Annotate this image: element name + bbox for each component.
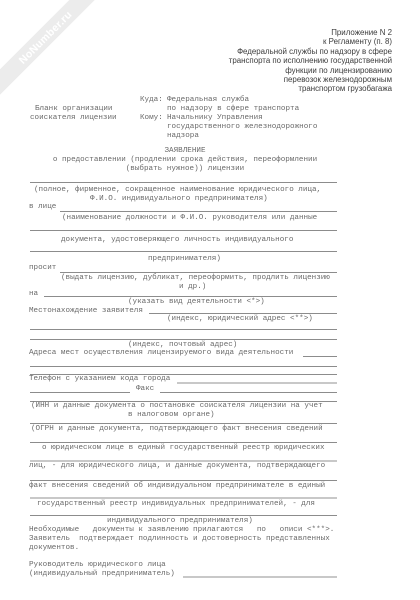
ogrn-hint: индивидуального предпринимателя) [107,517,253,526]
activity-label: на [29,290,38,299]
watermark-text: NoNumber.ru [17,9,75,67]
request-field[interactable] [60,272,337,273]
whom-line: надзора [167,132,199,141]
to-label: Куда: [140,96,163,105]
ogrn-field-2[interactable] [30,442,337,443]
request-hint: (выдать лицензию, дубликат, переоформить… [61,274,330,283]
confirmation-text: документов. [29,544,79,553]
header-line: функции по лицензированию [182,66,392,75]
appendix-header: Приложение N 2 к Регламенту (п. 8) Федер… [182,28,392,94]
in-person-field-3[interactable] [30,251,337,252]
ogrn-field-6[interactable] [30,515,337,516]
activity-address-field[interactable] [303,356,337,357]
phone-field[interactable] [177,382,337,384]
activity-hint: (указать вид деятельности <*>) [128,298,265,307]
postal-address-field[interactable] [30,339,337,340]
header-line: Федеральной службы по надзору в сфере [182,47,392,56]
phone-label: Телефон с указанием кода города [29,375,170,384]
whom-line: государственного железнодорожного [167,123,317,132]
in-person-hint: (наименование должности и Ф.И.О. руковод… [62,214,317,223]
to-line: Федеральная служба [167,96,249,105]
header-line: транспортом грузобагажа [182,84,392,93]
applicant-name-field[interactable] [30,182,337,183]
in-person-label: в лице [29,203,56,212]
blank-label-1: Бланк организации [35,105,112,114]
applicant-hint: Ф.И.О. индивидуального предпринимателя) [90,195,268,204]
document-page: NoNumber.ru Приложение N 2 к Регламенту … [0,0,420,600]
whom-line: Начальнику Управления [167,114,263,123]
in-person-hint: документа, удостоверяющего личность инди… [61,236,293,245]
phone-field-2[interactable] [30,392,130,393]
header-line: перевозок железнодорожным [182,75,392,84]
signature-field[interactable] [183,576,337,578]
signer-label: (индивидуальный предприниматель) [29,570,175,579]
to-line: по надзору в сфере транспорта [167,105,299,114]
activity-address-label: Адреса мест осуществления лицензируемого… [29,349,293,358]
fax-label: Факс [136,385,154,394]
applicant-hint: (полное, фирменное, сокращенное наименов… [34,186,321,195]
location-hint: (индекс, юридический адрес <**>) [167,315,313,324]
whom-label: Кому: [140,114,163,123]
activity-address-field-2[interactable] [30,366,337,367]
request-label: просит [29,264,56,273]
inn-hint: в налоговом органе) [128,411,215,420]
watermark-banner: NoNumber.ru [0,0,104,96]
ogrn-field[interactable] [30,423,337,424]
header-line: Приложение N 2 [182,28,392,37]
ogrn-field-4[interactable] [30,480,337,481]
confirmation-text: Заявитель подтверждает подлинность и дос… [29,535,330,544]
ogrn-hint: факт внесения сведений об индивидуальном… [29,482,325,491]
signer-label: Руководитель юридического лица [29,561,166,570]
header-line: транспорта по исполнению государственной [182,56,392,65]
ogrn-hint: лиц, - для юридического лица, и данные д… [29,462,325,471]
header-line: к Регламенту (п. 8) [182,37,392,46]
document-title: ЗАЯВЛЕНИЕ [30,147,340,156]
location-field[interactable] [149,313,337,314]
title-subline: о предоставлении (продлении срока действ… [30,156,340,165]
ogrn-hint: государственный реестр индивидуальных пр… [37,500,315,509]
location-field-2[interactable] [30,329,337,330]
ogrn-field-5[interactable] [30,497,337,499]
activity-field[interactable] [44,296,337,297]
title-subline: (выбрать нужное)) лицензии [30,165,340,174]
ogrn-hint: (ОГРН и данные документа, подтверждающег… [31,425,323,434]
in-person-hint: предпринимателя) [148,255,221,264]
fax-field[interactable] [160,392,337,393]
in-person-field[interactable] [60,211,337,212]
ogrn-hint: о юридическом лице в единый государствен… [42,444,325,453]
location-label: Местонахождение заявителя [29,307,143,316]
request-hint: и др.) [179,283,206,292]
docs-attached-text: Необходимые документы к заявлению прилаг… [29,526,334,535]
in-person-field-2[interactable] [30,230,337,231]
inn-hint: (ИНН и данные документа о постановке сои… [31,402,323,411]
blank-label-2: соискателя лицензии [30,114,117,123]
